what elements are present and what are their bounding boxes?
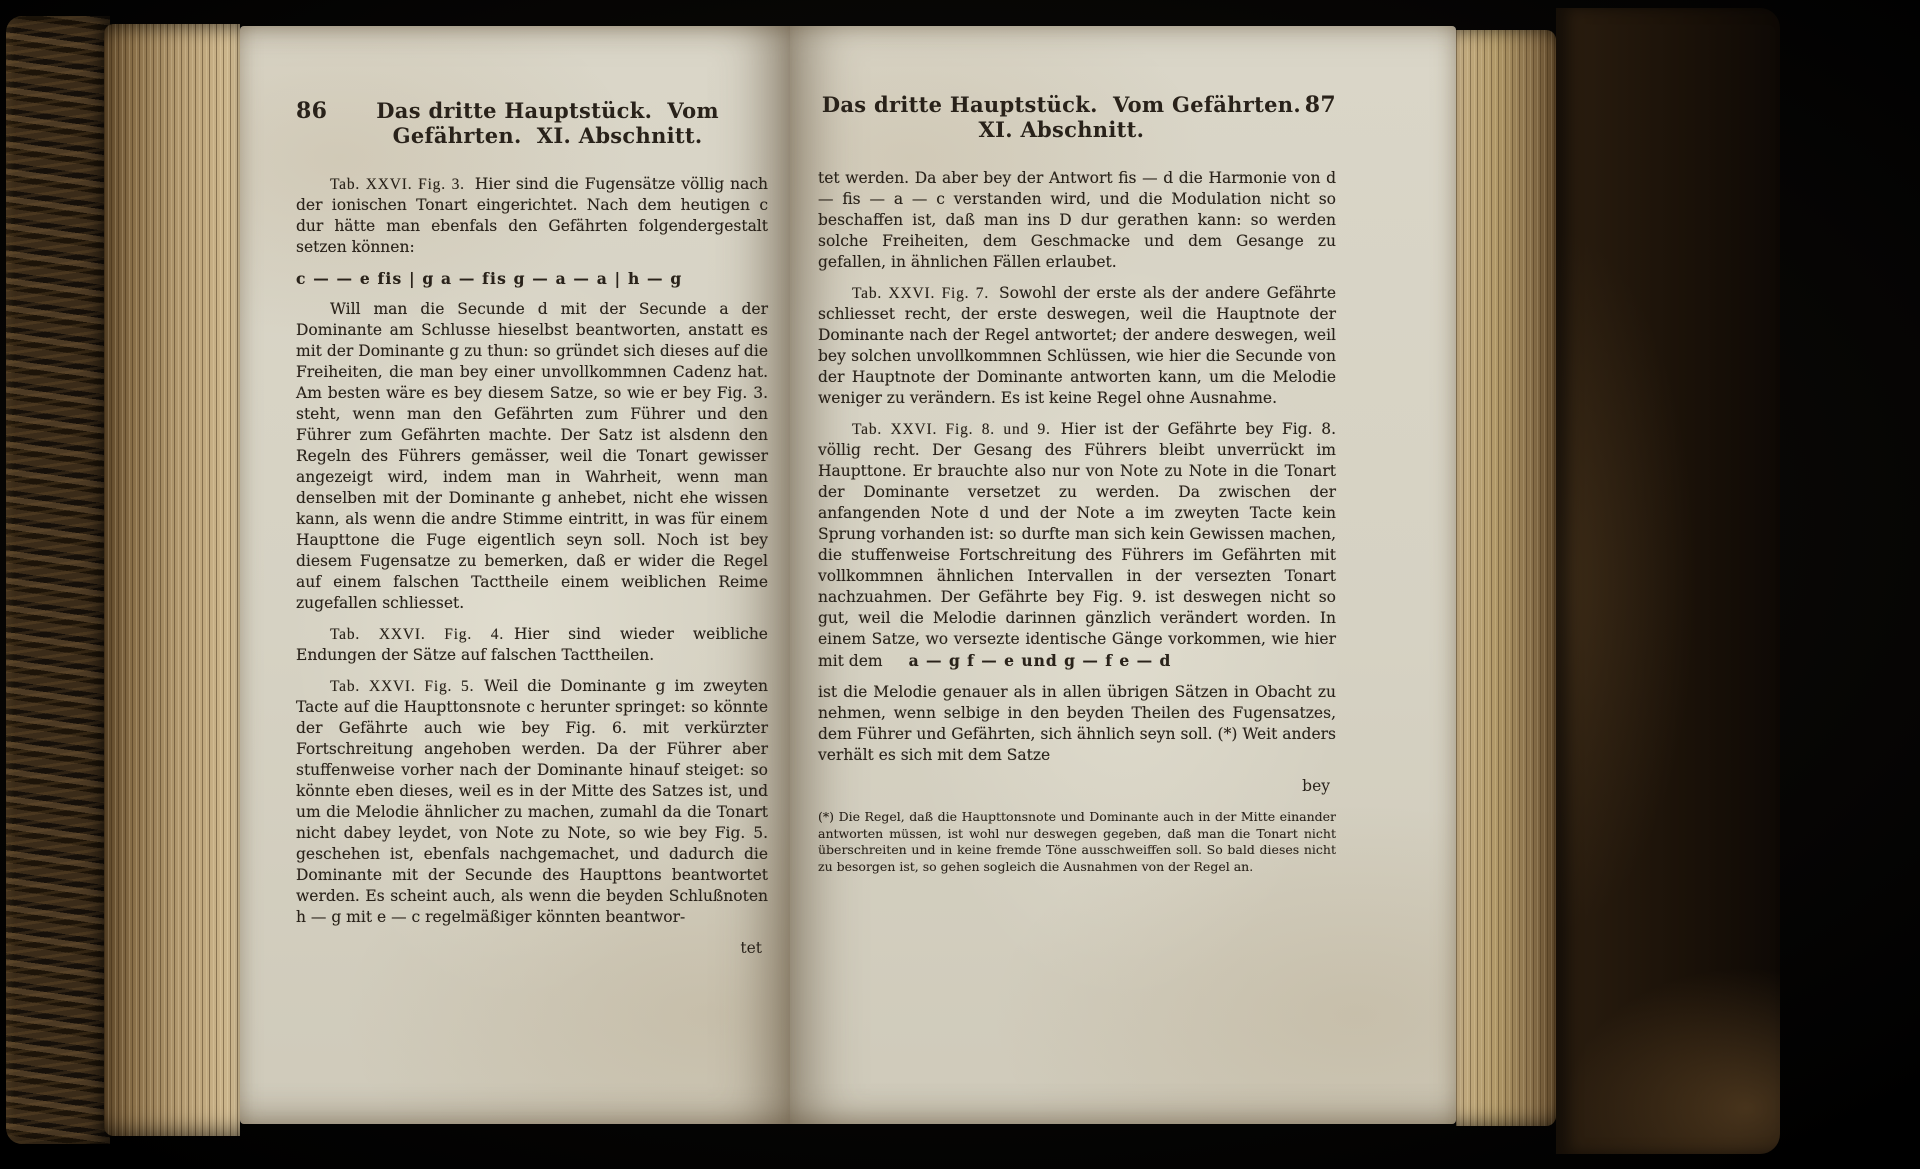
paragraph-text: Will man die Secunde d mit der Secunde a… (296, 300, 768, 612)
right-book-cover (1556, 8, 1780, 1154)
left-page: 86 Das dritte Hauptstück. Vom Gefährten.… (240, 26, 790, 1124)
left-page-header: 86 Das dritte Hauptstück. Vom Gefährten.… (296, 98, 768, 148)
left-book-cover (6, 16, 110, 1144)
paragraph-secunde: Will man die Secunde d mit der Secunde a… (296, 299, 768, 614)
book-photograph: 86 Das dritte Hauptstück. Vom Gefährten.… (0, 0, 1920, 1169)
figure-reference: Tab. XXVI. Fig. 7. (852, 285, 989, 302)
right-page: Das dritte Hauptstück. Vom Gefährten. XI… (790, 26, 1456, 1124)
right-running-title: Das dritte Hauptstück. Vom Gefährten. XI… (818, 92, 1305, 142)
paragraph-text: Hier ist der Gefährte bey Fig. 8. völlig… (818, 420, 1336, 670)
left-page-content: 86 Das dritte Hauptstück. Vom Gefährten.… (240, 26, 790, 1124)
footnote: (*) Die Regel, daß die Haupttonsnote und… (818, 809, 1336, 875)
paragraph-text: Weil die Dominante g im zweyten Tacte au… (296, 677, 768, 926)
figure-reference: Tab. XXVI. Fig. 3. (330, 176, 465, 193)
paragraph-fig3: Tab. XXVI. Fig. 3.Hier sind die Fugensät… (296, 174, 768, 258)
figure-reference: Tab. XXVI. Fig. 8. und 9. (852, 421, 1051, 438)
inline-music-notation: a — g f — e und g — f e — d (909, 651, 1172, 670)
paragraph-continuation: tet werden. Da aber bey der Antwort fis … (818, 168, 1336, 273)
figure-reference: Tab. XXVI. Fig. 5. (330, 678, 474, 695)
paragraph-fig5: Tab. XXVI. Fig. 5.Weil die Dominante g i… (296, 676, 768, 928)
paragraph-fig8-9: Tab. XXVI. Fig. 8. und 9.Hier ist der Ge… (818, 419, 1336, 672)
paragraph-text: tet werden. Da aber bey der Antwort fis … (818, 169, 1336, 271)
right-page-edge-stack (1456, 30, 1556, 1126)
figure-reference: Tab. XXVI. Fig. 4. (330, 626, 504, 643)
right-page-header: Das dritte Hauptstück. Vom Gefährten. XI… (818, 92, 1336, 142)
paragraph-text: ist die Melodie genauer als in allen übr… (818, 683, 1336, 764)
left-running-title: Das dritte Hauptstück. Vom Gefährten. XI… (327, 98, 768, 148)
paragraph-text: Sowohl der erste als der andere Gefährte… (818, 284, 1336, 407)
catchword: tet (296, 938, 768, 959)
music-notation-line: c — — e fis | g a — fis g — a — a | h — … (296, 268, 768, 289)
catchword: bey (818, 776, 1336, 797)
paragraph-melodie: ist die Melodie genauer als in allen übr… (818, 682, 1336, 766)
left-page-number: 86 (296, 98, 327, 124)
left-page-edge-stack (104, 24, 240, 1136)
paragraph-fig4: Tab. XXVI. Fig. 4.Hier sind wieder weibl… (296, 624, 768, 666)
paragraph-fig7: Tab. XXVI. Fig. 7.Sowohl der erste als d… (818, 283, 1336, 409)
right-page-content: Das dritte Hauptstück. Vom Gefährten. XI… (790, 26, 1456, 1124)
right-page-number: 87 (1305, 92, 1336, 118)
